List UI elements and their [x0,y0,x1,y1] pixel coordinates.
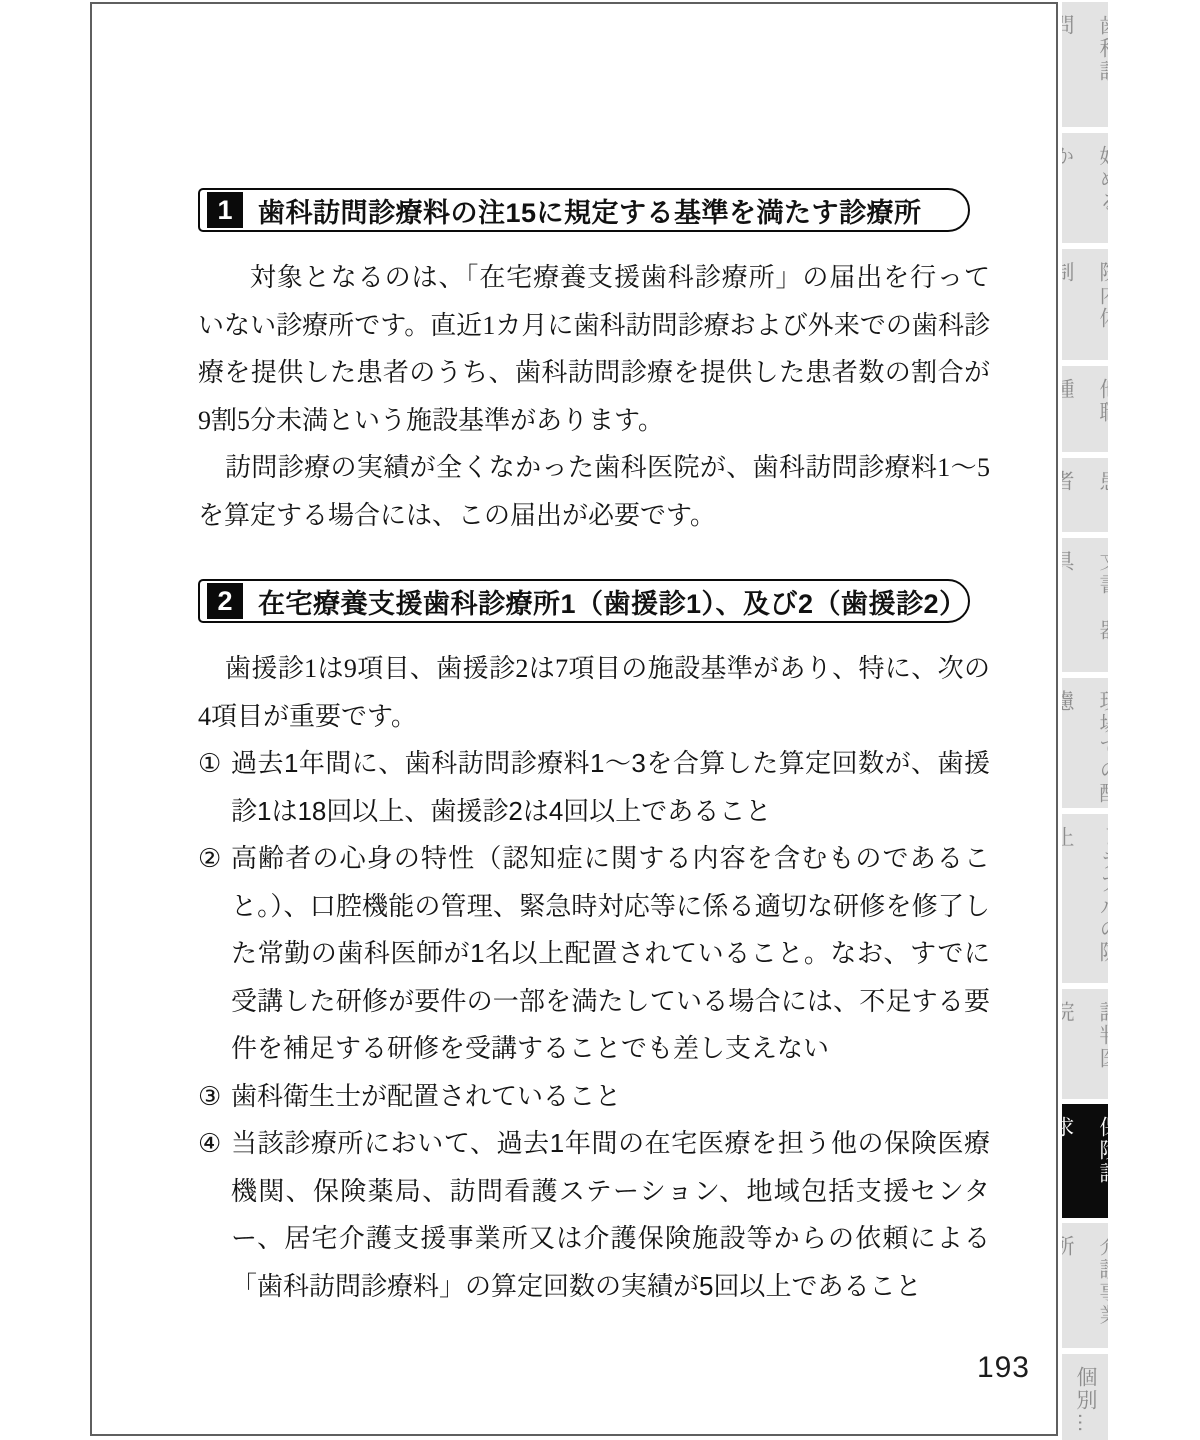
list-item-2-marker: ② [198,835,221,883]
chapter-tab-label: 評判医院… [1062,1001,1108,1099]
list-item-3-marker: ③ [198,1073,221,1121]
chapter-tab-label: 院内体制… [1062,261,1108,360]
list-item-4-text: 当該診療所において、過去1年間の在宅医療を担う他の保険医療機関、保険薬局、訪問看… [231,1128,990,1301]
page-frame: 1 歯科訪問診療料の注15に規定する基準を満たす診療所 対象となるのは、「在宅療… [90,2,1058,1436]
page-content: 1 歯科訪問診療料の注15に規定する基準を満たす診療所 対象となるのは、「在宅療… [92,4,1056,1310]
page-number: 193 [977,1350,1030,1386]
chapter-tab-documents-tools[interactable]: 文書、器具… [1062,538,1108,672]
section-2-number-badge: 2 [207,583,243,619]
chapter-tab-onsite-care[interactable]: 現場での配慮 [1062,678,1108,808]
chapter-tab-insurance-billing[interactable]: 保険請求… [1062,1104,1108,1218]
chapter-tab-label: 現場での配慮 [1062,690,1108,808]
chapter-tab-care-offices[interactable]: 介護事業所… [1062,1223,1108,1348]
chapter-tab-reputation-clinic[interactable]: 評判医院… [1062,989,1108,1099]
section-1-header: 1 歯科訪問診療料の注15に規定する基準を満たす診療所 [198,188,970,232]
section-2-title: 在宅療養支援歯科診療所1（歯援診1）、及び2（歯援診2） [258,582,967,621]
section-1-paragraph-2: 訪問診療の実績が全くなかった歯科医院が、歯科訪問診療料1～5を算定する場合には、… [198,444,990,539]
list-item-3-text: 歯科衛生士が配置されていること [231,1081,621,1111]
book-page: 1 歯科訪問診療料の注15に規定する基準を満たす診療所 対象となるのは、「在宅療… [0,0,1200,1440]
section-2-header: 2 在宅療養支援歯科診療所1（歯援診1）、及び2（歯援診2） [198,579,970,623]
list-item-1: ① 過去1年間に、歯科訪問診療料1～3を合算した算定回数が、歯援診1は18回以上… [198,740,990,835]
chapter-tab-label: 患者… [1062,470,1108,532]
chapter-tab-label: 個別… [1062,1366,1108,1440]
chapter-tab-label: 文書、器具… [1062,550,1108,672]
chapter-tab-dental-visit[interactable]: 歯科訪問… [1062,2,1108,127]
list-item-4: ④ 当該診療所において、過去1年間の在宅医療を担う他の保険医療機関、保険薬局、訪… [198,1120,990,1310]
section-1-paragraph-1: 対象となるのは、「在宅療養支援歯科診療所」の届出を行っていない診療所です。直近1… [198,254,990,444]
section-2-paragraph-1: 歯援診1は9項目、歯援診2は7項目の施設基準があり、特に、次の4項目が重要です。 [198,645,990,740]
list-item-2: ② 高齢者の心身の特性（認知症に関する内容を含むものであること。）、口腔機能の管… [198,835,990,1073]
section-1-number-badge: 1 [207,192,243,228]
section-1-title: 歯科訪問診療料の注15に規定する基準を満たす診療所 [258,191,922,230]
chapter-tab-label: 歯科訪問… [1062,14,1108,127]
list-item-4-marker: ④ [198,1120,221,1168]
chapter-tab-label: トラブルの防止… [1062,826,1108,983]
chapter-tab-other-professions[interactable]: 他職種… [1062,366,1108,452]
chapter-tab-label: 始めるか… [1062,145,1108,243]
list-item-3: ③ 歯科衛生士が配置されていること [198,1073,990,1121]
chapter-tab-clinic-structure[interactable]: 院内体制… [1062,249,1108,360]
chapter-tab-whether-to-start[interactable]: 始めるか… [1062,133,1108,243]
chapter-tab-label: 保険請求… [1062,1116,1108,1218]
chapter-tab-label: 介護事業所… [1062,1235,1108,1348]
list-item-1-marker: ① [198,740,221,788]
list-item-1-text: 過去1年間に、歯科訪問診療料1～3を合算した算定回数が、歯援診1は18回以上、歯… [231,748,990,826]
chapter-tab-individual[interactable]: 個別… [1062,1354,1108,1440]
list-item-2-text: 高齢者の心身の特性（認知症に関する内容を含むものであること。）、口腔機能の管理、… [231,843,990,1063]
chapter-tab-rail: 歯科訪問… 始めるか… 院内体制… 他職種… 患者… 文書、器具… 現場での配慮… [1062,0,1108,1440]
chapter-tab-label: 他職種… [1062,378,1108,452]
chapter-tab-patients[interactable]: 患者… [1062,458,1108,532]
chapter-tab-trouble-prevention[interactable]: トラブルの防止… [1062,814,1108,983]
